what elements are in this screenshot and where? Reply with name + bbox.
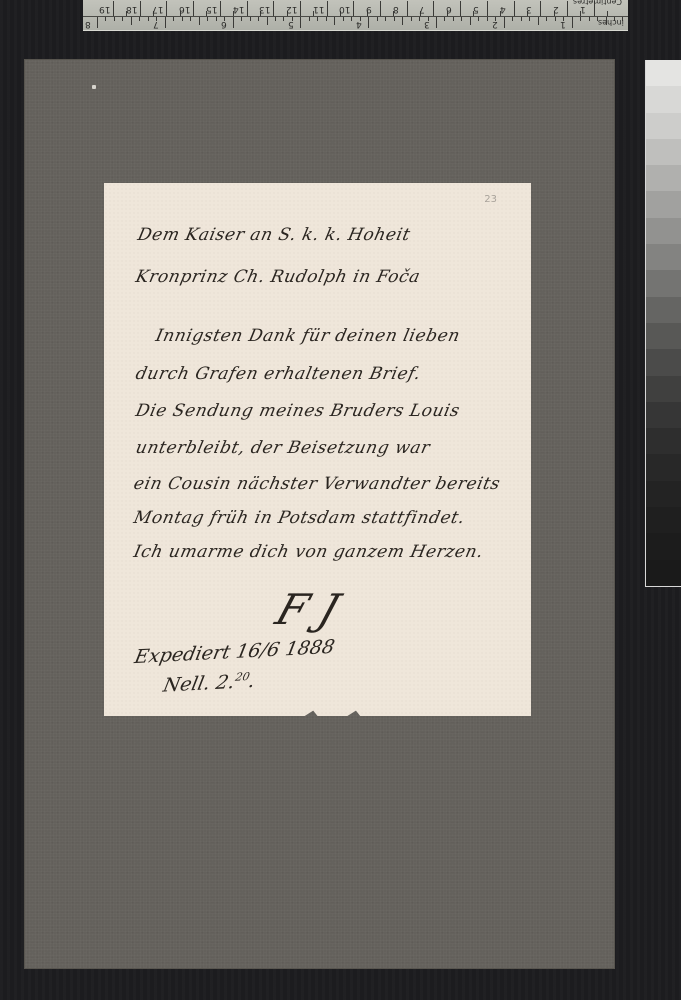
ruler-cm-label: 16 — [179, 4, 190, 13]
ruler-cm-label: 13 — [259, 4, 270, 13]
expedition-note: Expediert 16/6 1888 — [133, 636, 337, 668]
ruler-inch-tick — [444, 17, 445, 21]
ruler-cm-tick — [300, 1, 301, 16]
ruler-inch-tick — [199, 17, 200, 25]
ruler-inch-label: 1 — [560, 19, 566, 28]
ruler-cm-label: 14 — [233, 4, 244, 13]
ruler-cm-tick — [273, 1, 274, 16]
ruler-cm-tick — [140, 1, 141, 16]
greyscale-swatch — [646, 60, 681, 86]
ruler-inch-tick — [538, 17, 539, 25]
ruler-inch-tick — [97, 17, 98, 28]
ruler-inch-tick — [190, 17, 191, 21]
ruler-cm-label: 9 — [366, 4, 372, 13]
address-line-2: Kronprinz Ch. Rudolph in Foča — [134, 267, 533, 287]
ruler-cm-label: 8 — [393, 4, 399, 13]
ruler-inch-label: 6 — [221, 19, 227, 28]
ruler-cm-tick — [433, 1, 434, 16]
body-line-6: Montag früh in Potsdam stattfindet. — [132, 508, 533, 528]
ruler-inch-tick — [402, 17, 403, 25]
greyscale-swatch — [646, 191, 681, 217]
ruler-inch-tick — [173, 17, 174, 21]
ruler-inch-tick — [385, 17, 386, 21]
body-line-4: unterbleibt, der Beisetzung war — [134, 438, 533, 458]
ruler-inch-tick — [394, 17, 395, 21]
letter-sheet: 23 Dem Kaiser an S. k. k. Hoheit Kronpri… — [104, 183, 531, 716]
ruler-inch-tick — [555, 17, 556, 21]
ruler-cm-tick — [353, 1, 354, 16]
greyscale-swatch — [646, 481, 681, 507]
ruler-cm-label: 11 — [313, 4, 324, 13]
greyscale-swatch — [646, 402, 681, 428]
ruler-cm-tick — [247, 1, 248, 16]
board-speck — [92, 85, 96, 89]
greyscale-swatch — [646, 218, 681, 244]
ruler-cm-label: 18 — [126, 4, 137, 13]
ruler-inch-label: 2 — [492, 19, 498, 28]
body-line-3: Die Sendung meines Bruders Louis — [134, 401, 533, 421]
ruler-cm-tick — [567, 1, 568, 16]
ruler-inch-tick — [589, 17, 590, 21]
greyscale-swatch — [646, 507, 681, 533]
greyscale-swatch — [646, 297, 681, 323]
greyscale-swatch — [646, 244, 681, 270]
ruler-inch-tick — [334, 17, 335, 25]
ruler-inch-tick — [165, 17, 166, 28]
ruler-cm-label: 19 — [99, 4, 110, 13]
ruler-inch-scale: 87654321 — [83, 17, 628, 30]
ruler-inch-tick — [470, 17, 471, 25]
greyscale-swatch — [646, 270, 681, 296]
ruler-inch-tick — [419, 17, 420, 21]
ruler-inch-tick — [326, 17, 327, 21]
body-line-1: Innigsten Dank für deinen lieben — [154, 326, 533, 346]
ruler-inch-tick — [368, 17, 369, 28]
ruler-inch-tick — [411, 17, 412, 21]
ruler-inch-tick — [351, 17, 352, 21]
ruler-inch-tick — [317, 17, 318, 21]
ruler-inch-tick — [105, 17, 106, 21]
ruler-inch-tick — [478, 17, 479, 21]
ruler-cm-tick — [540, 1, 541, 16]
body-line-5: ein Cousin nächster Verwandter bereits — [132, 474, 533, 494]
ruler-inch-tick — [182, 17, 183, 21]
greyscale-swatch — [646, 165, 681, 191]
greyscale-swatch — [646, 560, 681, 586]
reference-note: Nell. 2.20. — [161, 670, 257, 697]
ruler-unit-cm-label: Centimetres — [573, 0, 622, 6]
ruler-inch-tick — [275, 17, 276, 21]
ruler-inch-tick — [114, 17, 115, 21]
ruler-inch-tick — [504, 17, 505, 28]
greyscale-swatch — [646, 533, 681, 559]
greyscale-swatch — [646, 86, 681, 112]
greyscale-swatch — [646, 139, 681, 165]
ruler-inch-tick — [131, 17, 132, 25]
ruler-inch-label: 4 — [356, 19, 362, 28]
ruler-cm-tick — [487, 1, 488, 16]
ruler-inch-tick — [283, 17, 284, 21]
ruler-inch-tick — [546, 17, 547, 21]
ruler-inch-tick — [487, 17, 488, 21]
greyscale-swatch — [646, 376, 681, 402]
signature: F J — [270, 585, 345, 634]
ruler-cm-tick — [327, 1, 328, 16]
ruler-inch-tick — [521, 17, 522, 21]
measurement-ruler: 19181716151413121110987654321 87654321 C… — [83, 0, 628, 31]
ruler-inch-tick — [309, 17, 310, 21]
ruler-inch-label: 3 — [424, 19, 430, 28]
ruler-inch-tick — [300, 17, 301, 28]
ruler-halfcm-tick — [607, 11, 608, 16]
body-line-2: durch Grafen erhaltenen Brief. — [134, 364, 533, 384]
ruler-inch-label: 8 — [85, 19, 91, 28]
ruler-inch-tick — [207, 17, 208, 21]
ruler-inch-tick — [377, 17, 378, 21]
greyscale-target — [645, 60, 681, 587]
ruler-inch-tick — [250, 17, 251, 21]
ruler-inch-tick — [529, 17, 530, 21]
ruler-inch-tick — [461, 17, 462, 21]
ruler-inch-tick — [258, 17, 259, 21]
ruler-cm-tick — [193, 1, 194, 16]
ruler-cm-scale: 19181716151413121110987654321 — [83, 0, 628, 17]
ruler-inch-tick — [122, 17, 123, 21]
ruler-inch-tick — [572, 17, 573, 28]
folio-number: 23 — [484, 194, 497, 205]
ruler-cm-tick — [460, 1, 461, 16]
ruler-cm-label: 7 — [419, 4, 425, 13]
ruler-inch-tick — [233, 17, 234, 28]
ruler-cm-label: 2 — [553, 4, 559, 13]
greyscale-swatch — [646, 323, 681, 349]
ruler-inch-tick — [580, 17, 581, 21]
ruler-inch-tick — [343, 17, 344, 21]
ruler-inch-label: 7 — [153, 19, 159, 28]
ruler-cm-tick — [166, 1, 167, 16]
ruler-cm-label: 15 — [206, 4, 217, 13]
ruler-inch-tick — [453, 17, 454, 21]
ruler-inch-label: 5 — [288, 19, 294, 28]
ruler-cm-tick — [220, 1, 221, 16]
ruler-inch-tick — [216, 17, 217, 21]
greyscale-swatch — [646, 428, 681, 454]
ruler-cm-label: 3 — [526, 4, 532, 13]
ruler-cm-tick — [514, 1, 515, 16]
ruler-unit-inch-label: inches — [598, 18, 624, 27]
ruler-inch-tick — [139, 17, 140, 21]
ruler-cm-label: 6 — [446, 4, 452, 13]
ruler-cm-label: 10 — [339, 4, 350, 13]
ruler-cm-tick — [380, 1, 381, 16]
ruler-cm-label: 5 — [473, 4, 479, 13]
greyscale-swatch — [646, 349, 681, 375]
ruler-inch-tick — [241, 17, 242, 21]
ruler-inch-tick — [436, 17, 437, 28]
ruler-cm-label: 17 — [152, 4, 163, 13]
ruler-cm-tick — [407, 1, 408, 16]
greyscale-swatch — [646, 113, 681, 139]
ruler-cm-label: 4 — [500, 4, 506, 13]
ruler-inch-tick — [148, 17, 149, 21]
address-line-1: Dem Kaiser an S. k. k. Hoheit — [136, 225, 533, 245]
body-line-7: Ich umarme dich von ganzem Herzen. — [132, 542, 533, 562]
ruler-cm-tick — [113, 1, 114, 16]
ruler-inch-tick — [267, 17, 268, 25]
ruler-cm-label: 12 — [286, 4, 297, 13]
greyscale-swatch — [646, 454, 681, 480]
reference-note-main: Nell. 2. — [161, 671, 236, 697]
ruler-inch-tick — [512, 17, 513, 21]
